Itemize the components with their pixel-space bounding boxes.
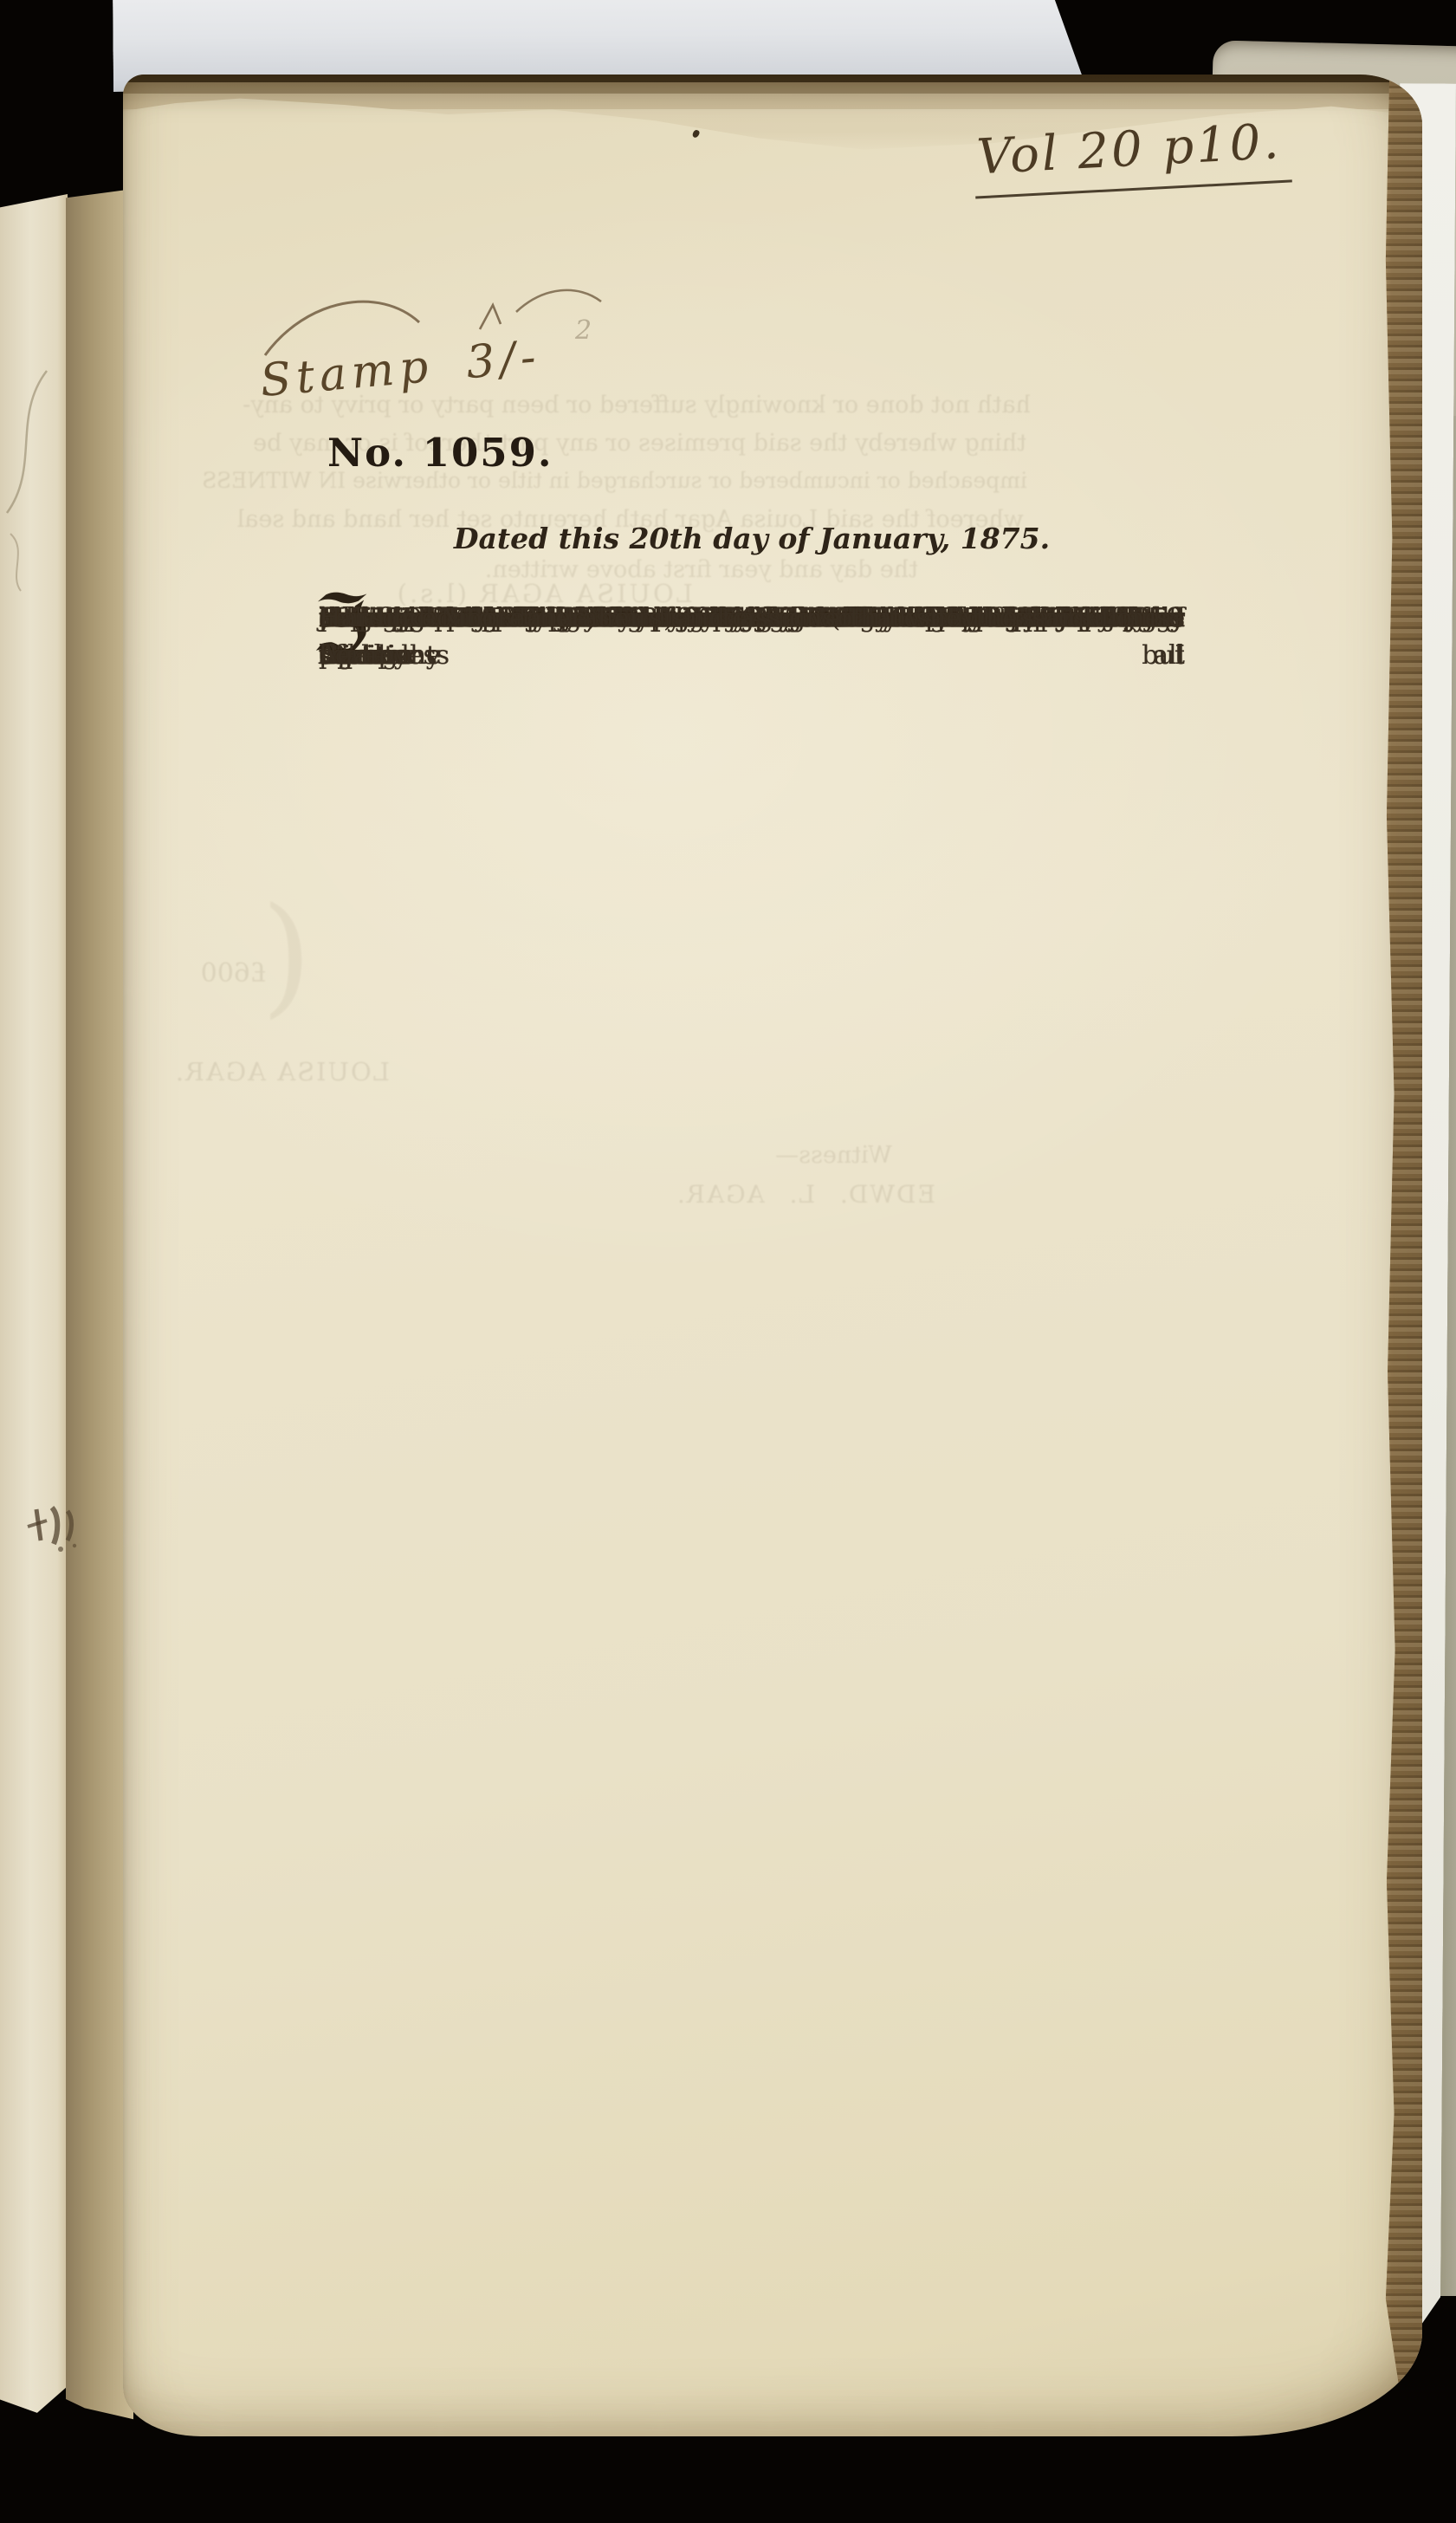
bleedthrough-text: LOUISA AGAR. (186, 1057, 390, 1086)
deed-page (123, 75, 1422, 2436)
bleedthrough-text: hath not done or knowingly suffered or b… (485, 392, 1031, 418)
bleedthrough-text: thing whereby the said premises or any p… (489, 430, 1026, 457)
deed-number: No. 1059. (327, 430, 553, 476)
bleedthrough-text: ( (251, 880, 312, 1031)
body-line: Harding Moore her heirs and assigns that… (319, 600, 1185, 637)
deed-date-line: Dated this 20th day of January, 1875. (319, 522, 1185, 555)
pencil-squiggle (0, 364, 61, 606)
photographed-deed-scan: hath not done or knowingly suffered or b… (0, 0, 1456, 2523)
ink-smudge (23, 1501, 90, 1556)
pencil-numeral: 2 (575, 315, 592, 346)
page-right-deckle-edge (1375, 75, 1422, 2391)
bleedthrough-text: Witness— (693, 1142, 892, 1169)
bleedthrough-text: EDWD. L. AGAR. (676, 1180, 935, 1209)
bleedthrough-text: impeached or incumbered or surcharged in… (483, 468, 1027, 493)
